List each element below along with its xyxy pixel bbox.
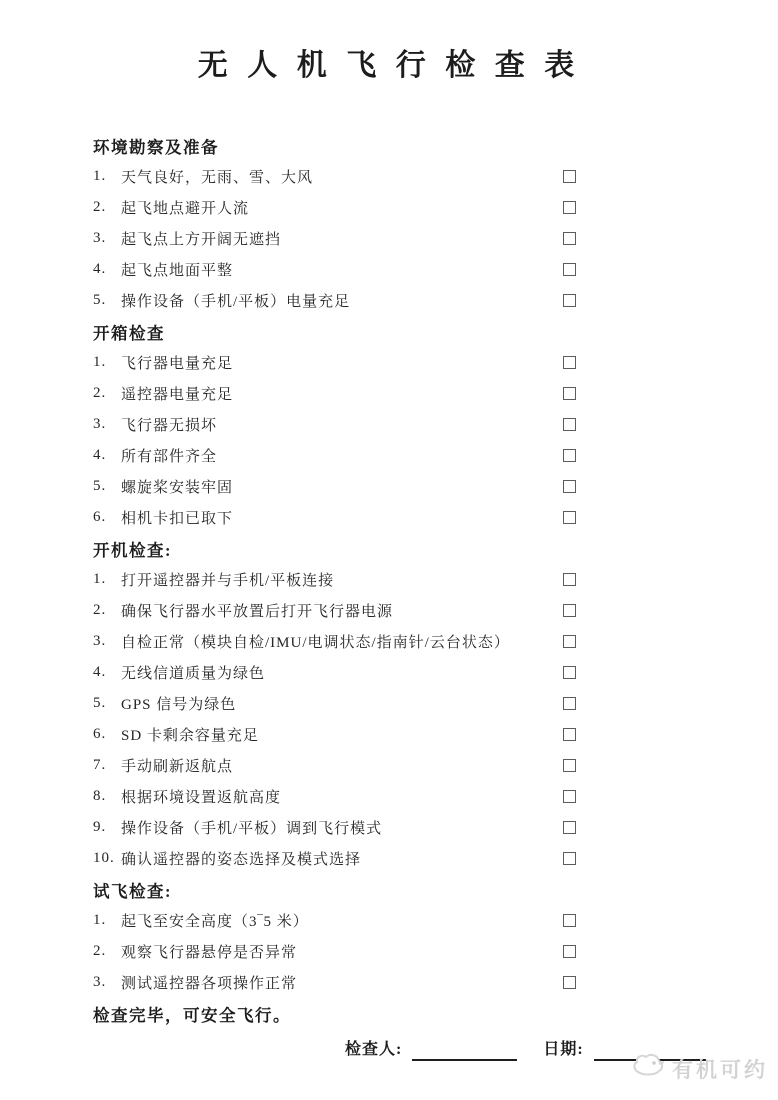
checkbox[interactable]: [563, 945, 576, 958]
checkbox[interactable]: [563, 728, 576, 741]
checklist-item: 6. SD 卡剩余容量充足: [93, 719, 576, 750]
watermark-text: 有机可约: [672, 1054, 768, 1084]
checkbox[interactable]: [563, 294, 576, 307]
item-text: 起飞至安全高度（3‾5 米）: [121, 910, 555, 931]
item-number: 3.: [93, 633, 121, 650]
checkbox[interactable]: [563, 852, 576, 865]
checkbox[interactable]: [563, 418, 576, 431]
item-text: GPS 信号为绿色: [121, 693, 555, 714]
checklist-item: 1. 起飞至安全高度（3‾5 米）: [93, 905, 576, 936]
item-text: 遥控器电量充足: [121, 383, 555, 404]
item-text: 起飞点地面平整: [121, 259, 555, 280]
item-number: 3.: [93, 230, 121, 247]
item-number: 2.: [93, 943, 121, 960]
checklist-item: 4. 无线信道质量为绿色: [93, 657, 576, 688]
item-text: 观察飞行器悬停是否异常: [121, 941, 555, 962]
checklist-item: 3. 飞行器无损坏: [93, 409, 576, 440]
item-number: 6.: [93, 509, 121, 526]
checkbox[interactable]: [563, 821, 576, 834]
item-text: 根据环境设置返航高度: [121, 786, 555, 807]
checklist-item: 9. 操作设备（手机/平板）调到飞行模式: [93, 812, 576, 843]
checklist-item: 3. 起飞点上方开阔无遮挡: [93, 223, 576, 254]
section-heading-test-flight: 试飞检查:: [93, 874, 576, 905]
page-title: 无 人 机 飞 行 检 查 表: [0, 42, 778, 90]
checkbox[interactable]: [563, 635, 576, 648]
checklist-item: 6. 相机卡扣已取下: [93, 502, 576, 533]
inspector-signature-line[interactable]: [412, 1043, 517, 1061]
item-number: 4.: [93, 447, 121, 464]
item-number: 4.: [93, 664, 121, 681]
checkbox[interactable]: [563, 759, 576, 772]
checklist-item: 2. 起飞地点避开人流: [93, 192, 576, 223]
item-number: 7.: [93, 757, 121, 774]
checkbox[interactable]: [563, 356, 576, 369]
checkbox[interactable]: [563, 480, 576, 493]
checklist-item: 3. 测试遥控器各项操作正常: [93, 967, 576, 998]
item-number: 8.: [93, 788, 121, 805]
item-number: 2.: [93, 602, 121, 619]
checklist-item: 10. 确认遥控器的姿态选择及模式选择: [93, 843, 576, 874]
conclusion-text: 检查完毕，可安全飞行。: [93, 998, 778, 1029]
checkbox[interactable]: [563, 604, 576, 617]
item-text: 自检正常（模块自检/IMU/电调状态/指南针/云台状态）: [121, 631, 555, 652]
item-number: 1.: [93, 571, 121, 588]
checkbox[interactable]: [563, 449, 576, 462]
section-heading-environment: 环境勘察及准备: [93, 130, 576, 161]
item-text: 起飞点上方开阔无遮挡: [121, 228, 555, 249]
checklist-item: 5. 螺旋桨安装牢固: [93, 471, 576, 502]
checkbox[interactable]: [563, 263, 576, 276]
item-text: 螺旋桨安装牢固: [121, 476, 555, 497]
item-number: 3.: [93, 974, 121, 991]
checklist-item: 2. 确保飞行器水平放置后打开飞行器电源: [93, 595, 576, 626]
item-text: SD 卡剩余容量充足: [121, 724, 555, 745]
item-number: 5.: [93, 292, 121, 309]
checkbox[interactable]: [563, 666, 576, 679]
item-text: 相机卡扣已取下: [121, 507, 555, 528]
checklist-item: 3. 自检正常（模块自检/IMU/电调状态/指南针/云台状态）: [93, 626, 576, 657]
item-text: 天气良好，无雨、雪、大风: [121, 166, 555, 187]
item-number: 1.: [93, 168, 121, 185]
checklist-item: 5. GPS 信号为绿色: [93, 688, 576, 719]
watermark: 有机可约: [632, 1052, 768, 1086]
item-text: 手动刷新返航点: [121, 755, 555, 776]
item-text: 测试遥控器各项操作正常: [121, 972, 555, 993]
item-text: 操作设备（手机/平板）调到飞行模式: [121, 817, 555, 838]
checklist-item: 8. 根据环境设置返航高度: [93, 781, 576, 812]
item-number: 3.: [93, 416, 121, 433]
item-text: 飞行器电量充足: [121, 352, 555, 373]
checklist-item: 1. 天气良好，无雨、雪、大风: [93, 161, 576, 192]
item-text: 打开遥控器并与手机/平板连接: [121, 569, 555, 590]
checkbox[interactable]: [563, 232, 576, 245]
checklist-content: 环境勘察及准备 1. 天气良好，无雨、雪、大风 2. 起飞地点避开人流 3. 起…: [93, 130, 576, 998]
item-number: 5.: [93, 478, 121, 495]
checklist-item: 2. 遥控器电量充足: [93, 378, 576, 409]
item-number: 9.: [93, 819, 121, 836]
item-number: 1.: [93, 354, 121, 371]
checkbox[interactable]: [563, 790, 576, 803]
section-heading-power-on: 开机检查:: [93, 533, 576, 564]
item-number: 1.: [93, 912, 121, 929]
item-number: 5.: [93, 695, 121, 712]
watermark-logo-icon: [632, 1052, 666, 1086]
checklist-item: 2. 观察飞行器悬停是否异常: [93, 936, 576, 967]
checklist-item: 4. 所有部件齐全: [93, 440, 576, 471]
checklist-item: 4. 起飞点地面平整: [93, 254, 576, 285]
checkbox[interactable]: [563, 976, 576, 989]
item-text: 无线信道质量为绿色: [121, 662, 555, 683]
checkbox[interactable]: [563, 170, 576, 183]
checkbox[interactable]: [563, 201, 576, 214]
checklist-item: 1. 飞行器电量充足: [93, 347, 576, 378]
item-text: 飞行器无损坏: [121, 414, 555, 435]
item-number: 10.: [93, 850, 121, 867]
item-number: 4.: [93, 261, 121, 278]
inspector-label: 检查人:: [345, 1039, 402, 1061]
item-number: 2.: [93, 385, 121, 402]
item-number: 2.: [93, 199, 121, 216]
checklist-item: 5. 操作设备（手机/平板）电量充足: [93, 285, 576, 316]
checklist-item: 1. 打开遥控器并与手机/平板连接: [93, 564, 576, 595]
item-text: 所有部件齐全: [121, 445, 555, 466]
item-text: 起飞地点避开人流: [121, 197, 555, 218]
item-text: 操作设备（手机/平板）电量充足: [121, 290, 555, 311]
item-text: 确保飞行器水平放置后打开飞行器电源: [121, 600, 555, 621]
document-page: 无 人 机 飞 行 检 查 表 环境勘察及准备 1. 天气良好，无雨、雪、大风 …: [0, 0, 778, 1100]
checkbox[interactable]: [563, 511, 576, 524]
section-heading-unboxing: 开箱检查: [93, 316, 576, 347]
checkbox[interactable]: [563, 387, 576, 400]
checkbox[interactable]: [563, 697, 576, 710]
date-label: 日期:: [543, 1039, 583, 1061]
item-text: 确认遥控器的姿态选择及模式选择: [121, 848, 555, 869]
checklist-item: 7. 手动刷新返航点: [93, 750, 576, 781]
checkbox[interactable]: [563, 573, 576, 586]
item-number: 6.: [93, 726, 121, 743]
checkbox[interactable]: [563, 914, 576, 927]
